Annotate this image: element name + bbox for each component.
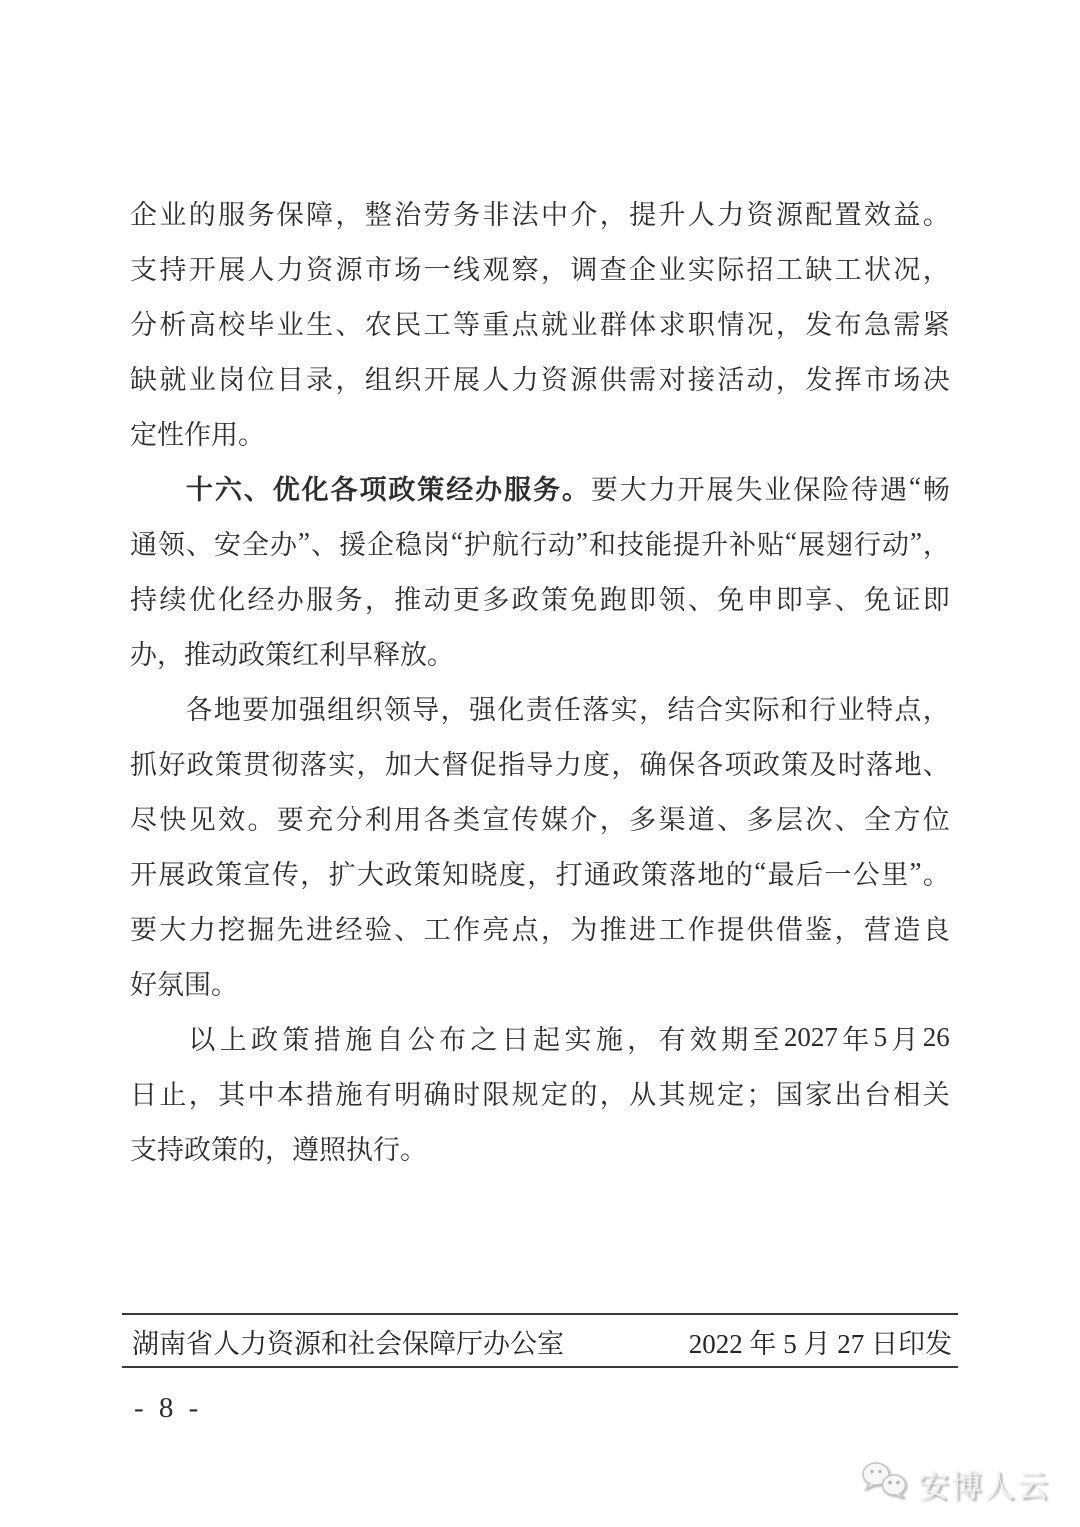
watermark: 安博人云 xyxy=(861,1456,1050,1510)
text-line: 各地要加强组织领导，强化责任落实，结合实际和行业特点， xyxy=(130,680,950,735)
footer-rule-top xyxy=(122,1313,958,1315)
text-line: 定性作用。 xyxy=(130,405,950,460)
page-number: - 8 - xyxy=(134,1392,202,1425)
text-line: 要大力挖掘先进经验、工作亮点，为推进工作提供借鉴，营造良 xyxy=(130,900,950,955)
text-line: 分析高校毕业生、农民工等重点就业群体求职情况，发布急需紧 xyxy=(130,295,950,350)
text-line: 持续优化经办服务，推动更多政策免跑即领、免申即享、免证即 xyxy=(130,570,950,625)
text-line: 十六、优化各项政策经办服务。要大力开展失业保险待遇“畅 xyxy=(130,460,950,515)
text-line: 支持政策的，遵照执行。 xyxy=(130,1120,950,1175)
text-line: 日止，其中本措施有明确时限规定的，从其规定；国家出台相关 xyxy=(130,1065,950,1120)
footer-rule-bottom xyxy=(122,1366,958,1368)
wechat-chat-bubbles-icon xyxy=(861,1461,911,1506)
text-line: 支持开展人力资源市场一线观察，调查企业实际招工缺工状况， xyxy=(130,240,950,295)
document-page: 企业的服务保障，整治劳务非法中介，提升人力资源配置效益。支持开展人力资源市场一线… xyxy=(0,0,1080,1527)
text-line: 企业的服务保障，整治劳务非法中介，提升人力资源配置效益。 xyxy=(130,185,950,240)
text-line: 尽快见效。要充分利用各类宣传媒介，多渠道、多层次、全方位 xyxy=(130,790,950,845)
text-line: 好氛围。 xyxy=(130,955,950,1010)
text-line: 通领、安全办”、援企稳岗“护航行动”和技能提升补贴“展翅行动”， xyxy=(130,515,950,570)
footer-issuer: 湖南省人力资源和社会保障厅办公室 xyxy=(132,1322,564,1361)
text-line: 办，推动政策红利早释放。 xyxy=(130,625,950,680)
text-line: 缺就业岗位目录，组织开展人力资源供需对接活动，发挥市场决 xyxy=(130,350,950,405)
text-line: 以上政策措施自公布之日起实施，有效期至2027年5月26 xyxy=(130,1010,950,1065)
document-body: 企业的服务保障，整治劳务非法中介，提升人力资源配置效益。支持开展人力资源市场一线… xyxy=(130,185,950,1175)
text-line: 开展政策宣传，扩大政策知晓度，打通政策落地的“最后一公里”。 xyxy=(130,845,950,900)
footer-print-date: 2022 年 5 月 27 日印发 xyxy=(689,1322,952,1361)
footer-row: 湖南省人力资源和社会保障厅办公室 2022 年 5 月 27 日印发 xyxy=(132,1317,952,1365)
text-line: 抓好政策贯彻落实，加大督促指导力度，确保各项政策及时落地、 xyxy=(130,735,950,790)
watermark-text: 安博人云 xyxy=(918,1461,1050,1506)
